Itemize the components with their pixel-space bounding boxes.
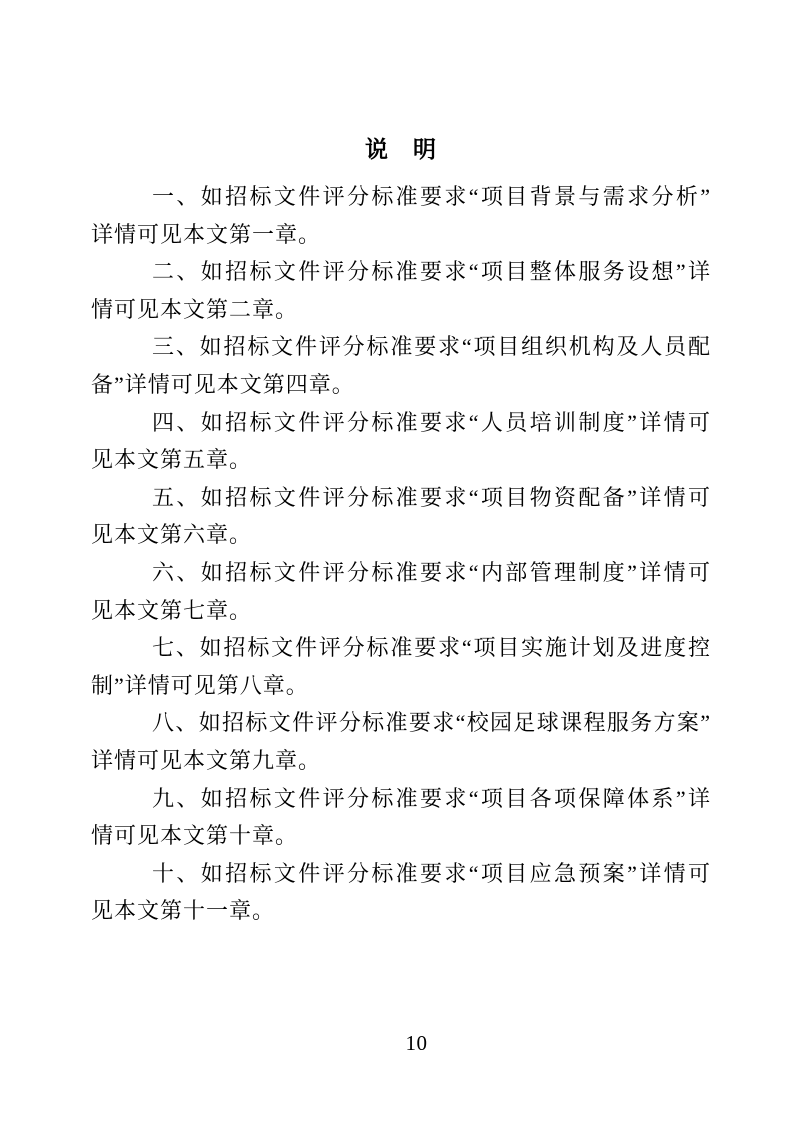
text-line: 见本文第七章。 (91, 592, 711, 630)
paragraph: 六、如招标文件评分标准要求“内部管理制度”详情可见本文第七章。 (91, 554, 711, 629)
text-line: 七、如招标文件评分标准要求“项目实施计划及进度控 (91, 629, 711, 667)
paragraph: 七、如招标文件评分标准要求“项目实施计划及进度控制”详情可见第八章。 (91, 629, 711, 704)
text-line: 情可见本文第十章。 (91, 817, 711, 855)
document-page: 说 明 一、如招标文件评分标准要求“项目背景与需求分析”详情可见本文第一章。二、… (0, 0, 793, 1122)
page-title: 说 明 (91, 131, 711, 169)
text-line: 备”详情可见本文第四章。 (91, 366, 711, 404)
text-line: 二、如招标文件评分标准要求“项目整体服务设想”详 (91, 253, 711, 291)
page-number: 10 (0, 1028, 793, 1058)
text-line: 一、如招标文件评分标准要求“项目背景与需求分析” (91, 178, 711, 216)
text-line: 八、如招标文件评分标准要求“校园足球课程服务方案” (91, 704, 711, 742)
document-content: 说 明 一、如招标文件评分标准要求“项目背景与需求分析”详情可见本文第一章。二、… (91, 131, 711, 930)
text-line: 四、如招标文件评分标准要求“人员培训制度”详情可 (91, 404, 711, 442)
text-line: 见本文第五章。 (91, 441, 711, 479)
text-line: 见本文第六章。 (91, 516, 711, 554)
paragraph: 三、如招标文件评分标准要求“项目组织机构及人员配备”详情可见本文第四章。 (91, 328, 711, 403)
paragraph: 一、如招标文件评分标准要求“项目背景与需求分析”详情可见本文第一章。 (91, 178, 711, 253)
text-line: 九、如招标文件评分标准要求“项目各项保障体系”详 (91, 780, 711, 818)
text-line: 详情可见本文第一章。 (91, 216, 711, 254)
text-line: 十、如招标文件评分标准要求“项目应急预案”详情可 (91, 855, 711, 893)
paragraph: 五、如招标文件评分标准要求“项目物资配备”详情可见本文第六章。 (91, 479, 711, 554)
paragraph: 八、如招标文件评分标准要求“校园足球课程服务方案”详情可见本文第九章。 (91, 704, 711, 779)
text-line: 详情可见本文第九章。 (91, 742, 711, 780)
text-line: 制”详情可见第八章。 (91, 667, 711, 705)
document-body: 一、如招标文件评分标准要求“项目背景与需求分析”详情可见本文第一章。二、如招标文… (91, 178, 711, 930)
text-line: 情可见本文第二章。 (91, 291, 711, 329)
paragraph: 九、如招标文件评分标准要求“项目各项保障体系”详情可见本文第十章。 (91, 780, 711, 855)
text-line: 三、如招标文件评分标准要求“项目组织机构及人员配 (91, 328, 711, 366)
paragraph: 四、如招标文件评分标准要求“人员培训制度”详情可见本文第五章。 (91, 404, 711, 479)
paragraph: 十、如招标文件评分标准要求“项目应急预案”详情可见本文第十一章。 (91, 855, 711, 930)
text-line: 见本文第十一章。 (91, 892, 711, 930)
text-line: 六、如招标文件评分标准要求“内部管理制度”详情可 (91, 554, 711, 592)
text-line: 五、如招标文件评分标准要求“项目物资配备”详情可 (91, 479, 711, 517)
paragraph: 二、如招标文件评分标准要求“项目整体服务设想”详情可见本文第二章。 (91, 253, 711, 328)
